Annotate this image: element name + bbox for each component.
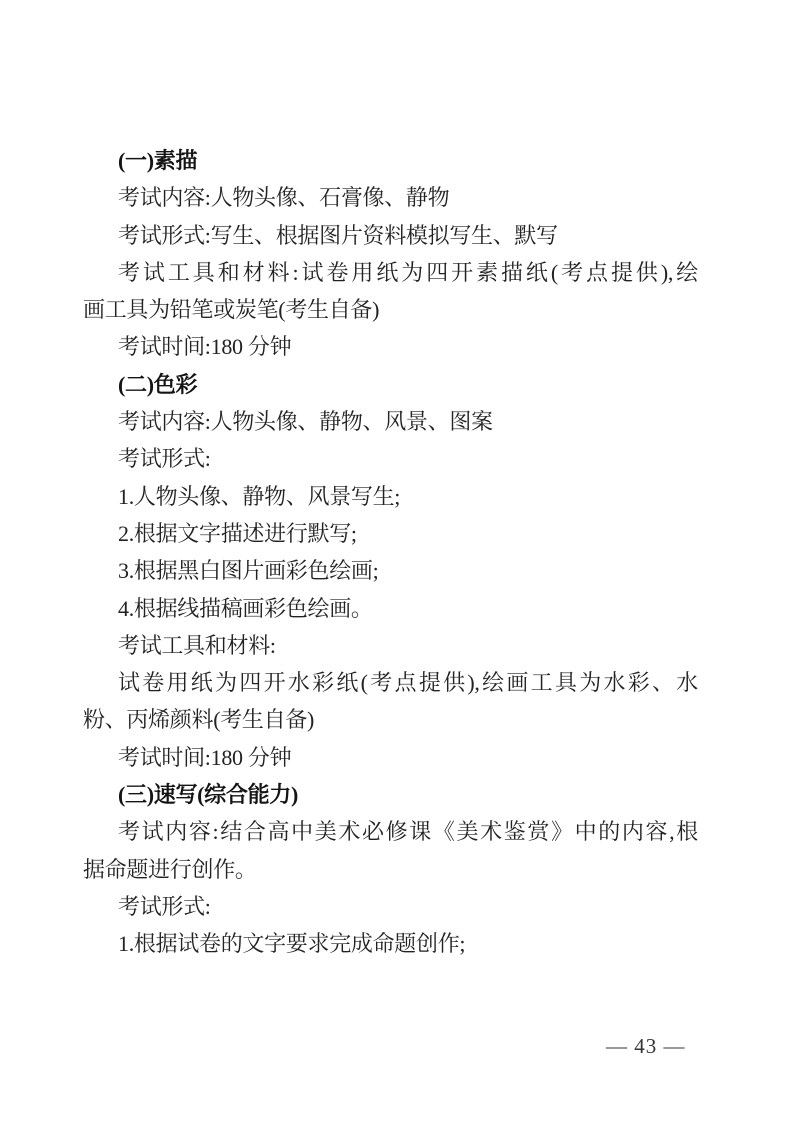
text-line: 考试内容:人物头像、石膏像、静物 [83, 179, 698, 216]
text-line: 考试形式: [83, 888, 698, 925]
text-line: 考试形式: [83, 440, 698, 477]
text-line: 考试工具和材料: [83, 627, 698, 664]
section-heading-2: (二)色彩 [83, 366, 698, 403]
text-line: 考试时间:180 分钟 [83, 739, 698, 776]
text-line: 考试工具和材料:试卷用纸为四开素描纸(考点提供),绘 [83, 254, 698, 291]
text-line: 考试形式:写生、根据图片资料模拟写生、默写 [83, 217, 698, 254]
list-item: 1.人物头像、静物、风景写生; [83, 478, 698, 515]
text-line: 考试内容:结合高中美术必修课《美术鉴赏》中的内容,根 [83, 813, 698, 850]
list-item: 2.根据文字描述进行默写; [83, 515, 698, 552]
section-heading-3: (三)速写(综合能力) [83, 776, 698, 813]
page-number: — 43 — [606, 1034, 686, 1059]
document-page: (一)素描 考试内容:人物头像、石膏像、静物 考试形式:写生、根据图片资料模拟写… [0, 0, 794, 1123]
list-item: 1.根据试卷的文字要求完成命题创作; [83, 925, 698, 962]
section-heading-1: (一)素描 [83, 142, 698, 179]
document-body: (一)素描 考试内容:人物头像、石膏像、静物 考试形式:写生、根据图片资料模拟写… [83, 142, 698, 963]
text-line: 画工具为铅笔或炭笔(考生自备) [83, 291, 698, 328]
list-item: 3.根据黑白图片画彩色绘画; [83, 552, 698, 589]
list-item: 4.根据线描稿画彩色绘画。 [83, 590, 698, 627]
text-line: 粉、丙烯颜料(考生自备) [83, 701, 698, 738]
text-line: 考试时间:180 分钟 [83, 328, 698, 365]
text-line: 据命题进行创作。 [83, 851, 698, 888]
text-line: 考试内容:人物头像、静物、风景、图案 [83, 403, 698, 440]
text-line: 试卷用纸为四开水彩纸(考点提供),绘画工具为水彩、水 [83, 664, 698, 701]
